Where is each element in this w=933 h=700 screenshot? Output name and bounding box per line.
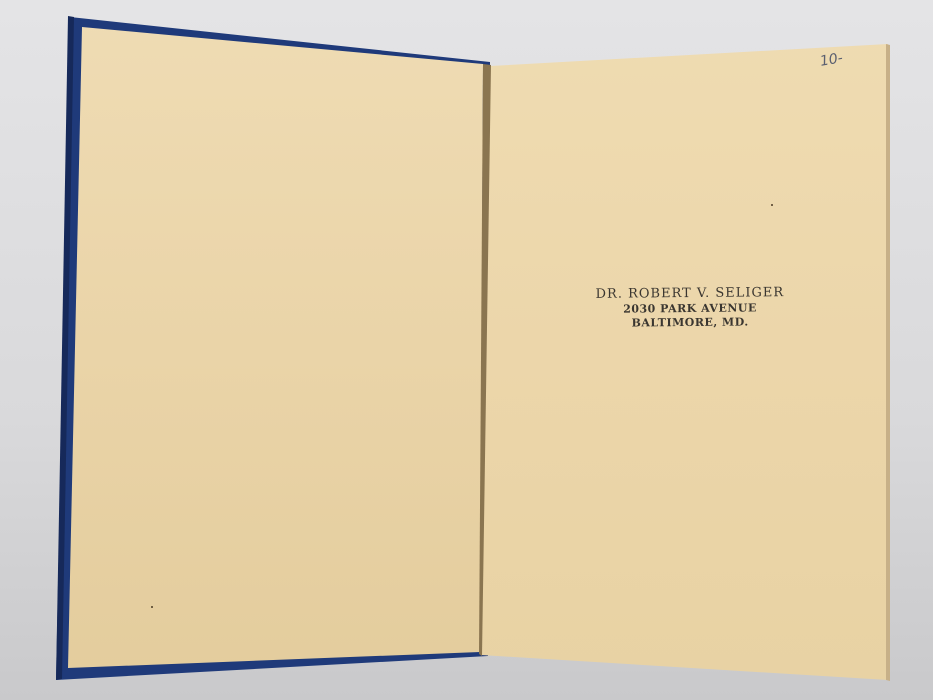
paper-speck: [151, 606, 153, 608]
photo-scene: 10- DR. ROBERT V. SELIGER 2030 PARK AVEN…: [0, 0, 933, 700]
stamp-city: BALTIMORE, MD.: [560, 315, 820, 331]
paper-speck: [771, 204, 773, 206]
stamp-name: DR. ROBERT V. SELIGER: [560, 285, 820, 304]
address-stamp: DR. ROBERT V. SELIGER 2030 PARK AVENUE B…: [560, 285, 820, 331]
